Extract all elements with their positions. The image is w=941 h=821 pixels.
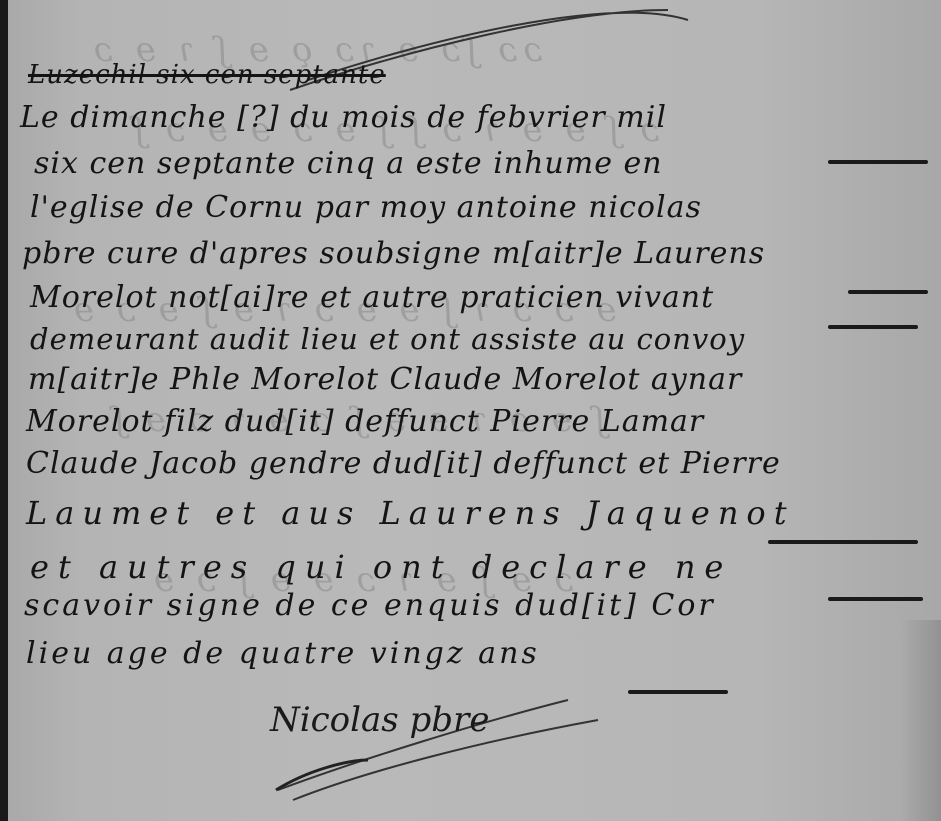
manuscript-line: et autres qui ont declare ne bbox=[30, 548, 732, 586]
manuscript-line: m[aitr]e Phle Morelot Claude Morelot ayn… bbox=[28, 362, 742, 397]
manuscript-line: Morelot not[ai]re et autre praticien viv… bbox=[30, 280, 714, 315]
manuscript-line: Claude Jacob gendre dud[it] deffunct et … bbox=[26, 446, 781, 481]
manuscript-line-struck: Luzechil six cen septante bbox=[28, 60, 386, 90]
signature: Nicolas pbre bbox=[270, 700, 489, 740]
manuscript-line: pbre cure d'apres soubsigne m[aitr]e Lau… bbox=[22, 236, 765, 271]
manuscript-line: lieu age de quatre vingz ans bbox=[26, 636, 540, 671]
line-end-flourish bbox=[828, 325, 918, 329]
manuscript-page: ɔɔ ʃɔ ɘ ɿɔ ǫ ɘ ʃ ɿ ɘ ɔ ɔ ʃ ɘ ɘ ɿ ɔ ʃ ʃ ɘ… bbox=[8, 0, 941, 821]
line-end-flourish bbox=[828, 160, 928, 164]
manuscript-line: Laumet et aus Laurens Jaquenot bbox=[26, 494, 795, 532]
line-end-flourish bbox=[768, 540, 918, 544]
line-end-flourish bbox=[828, 597, 923, 601]
line-end-flourish bbox=[848, 290, 928, 294]
manuscript-line: demeurant audit lieu et ont assiste au c… bbox=[30, 322, 745, 356]
manuscript-line: six cen septante cinq a este inhume en bbox=[34, 146, 663, 181]
manuscript-line: Morelot filz dud[it] deffunct Pierre Lam… bbox=[26, 404, 704, 439]
manuscript-line: l'eglise de Cornu par moy antoine nicola… bbox=[30, 190, 702, 225]
line-end-flourish bbox=[628, 690, 728, 694]
manuscript-line: scavoir signe de ce enquis dud[it] Cor bbox=[24, 588, 716, 623]
manuscript-line: Le dimanche [?] du mois de febvrier mil bbox=[20, 100, 667, 135]
